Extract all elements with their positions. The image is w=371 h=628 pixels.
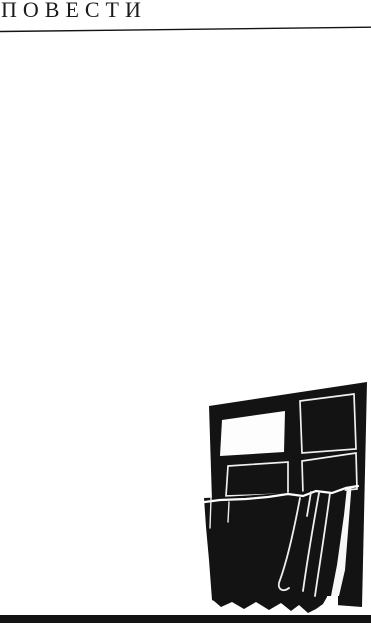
header-rule-line [0,27,371,31]
curtain-edge-highlight [210,498,211,528]
curtain-fold-line [228,502,229,522]
footer-rule-bar [0,615,371,623]
book-page: ПОВЕСТИ [0,0,371,628]
curtain [204,488,345,613]
page-graphics [0,0,371,628]
footer-rule [0,615,371,623]
window-curtain-illustration [197,382,367,613]
header-rule [0,27,371,31]
